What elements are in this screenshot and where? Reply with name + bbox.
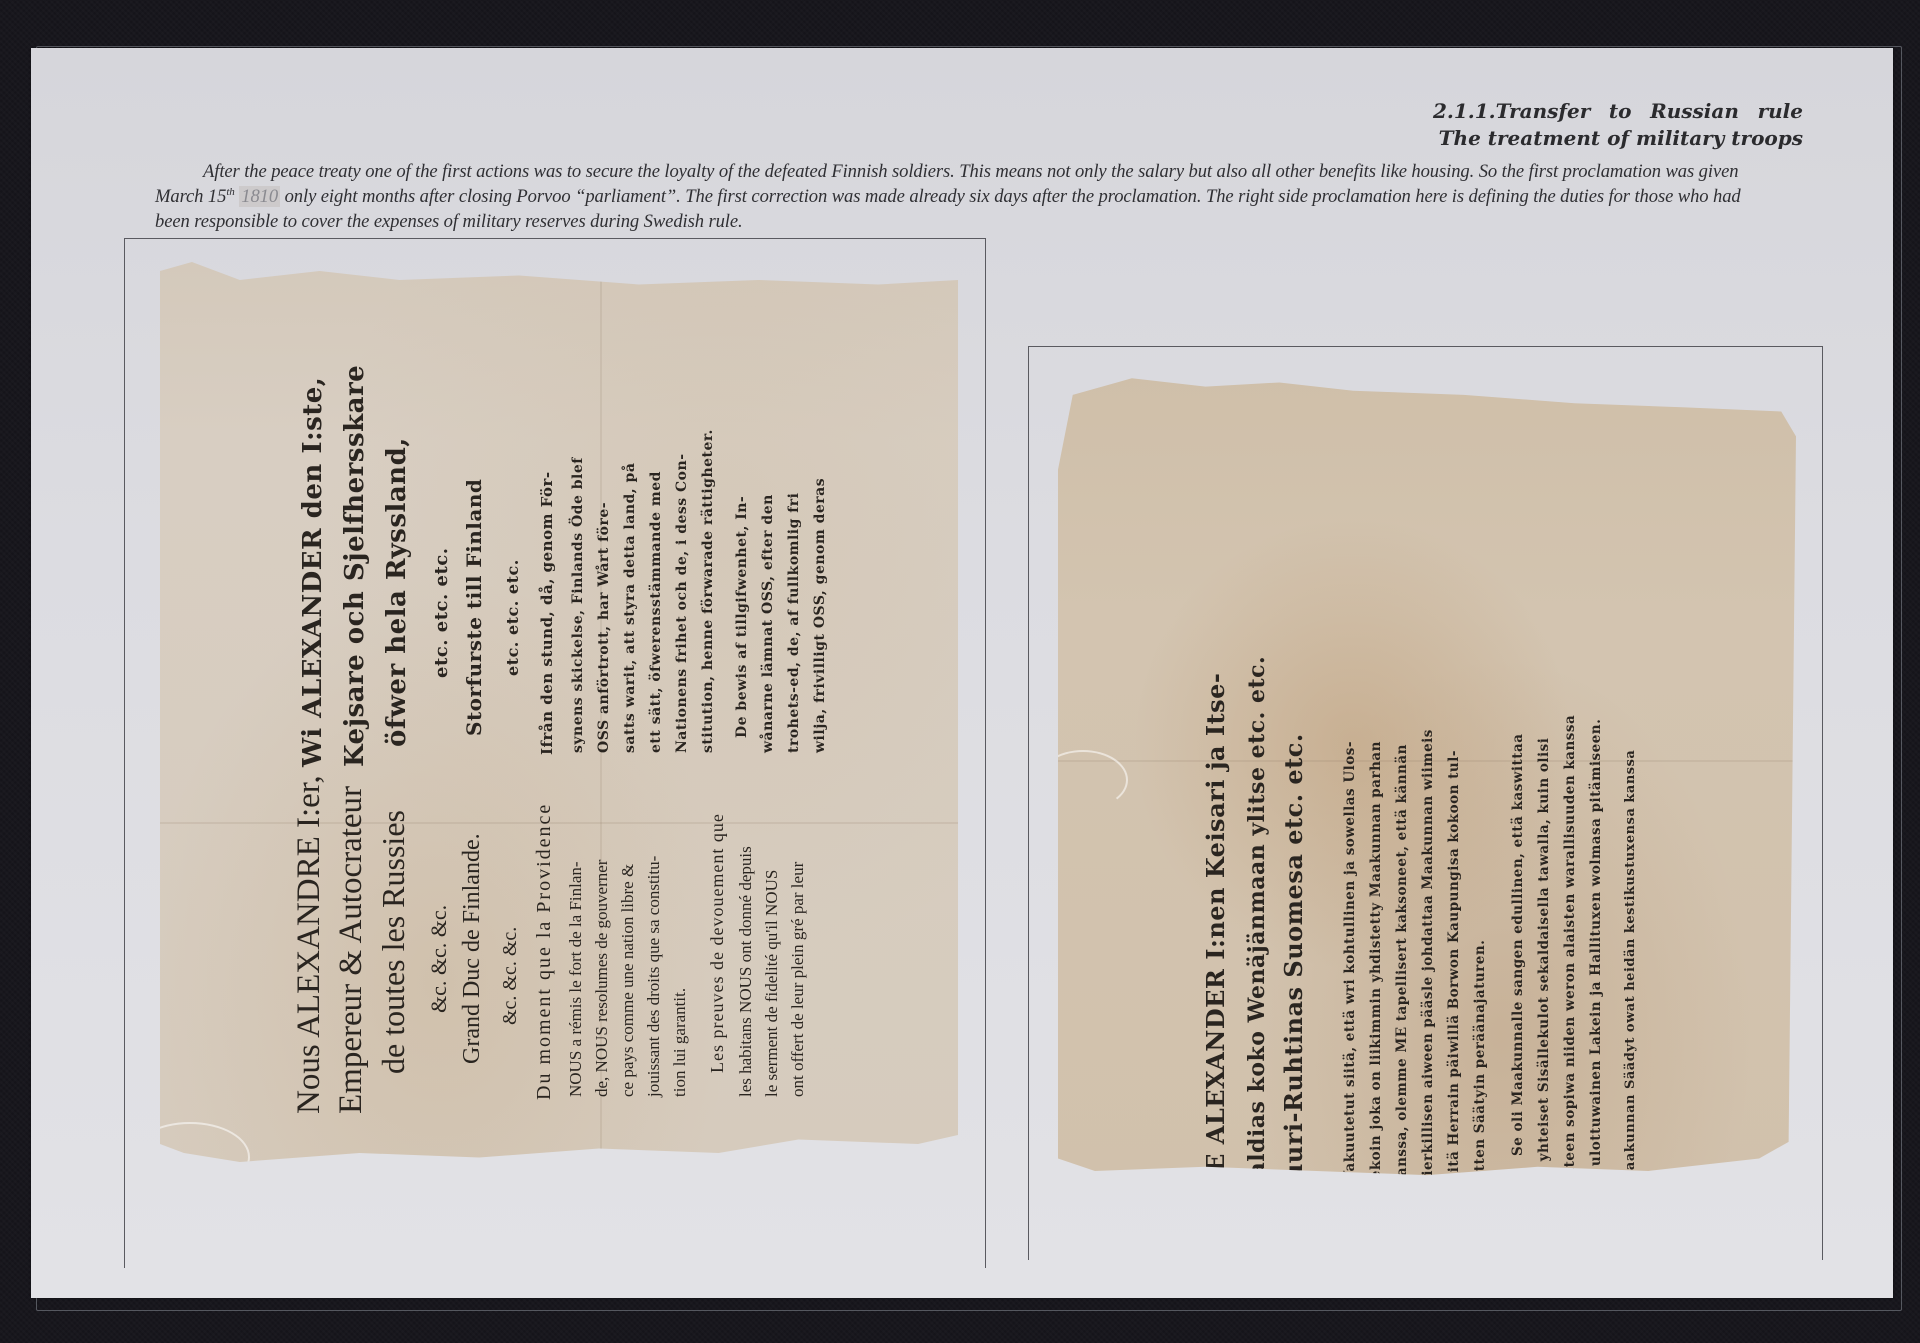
section-title-word-2: to [1609,98,1632,125]
finnish-line: nierkillisen aiween pääsle johdattaa Maa… [1420,729,1436,1186]
section-title-word-4: rule [1758,98,1803,125]
finnish-line: yhteen sopiwa niiden weron alaisten wara… [1562,715,1578,1186]
french-line: de, NOUS resolumes de gouverner [592,860,612,1097]
french-line: le serment de fidelité qu'il NOUS [762,870,782,1097]
swedish-line: Ifrån den stund, då, genom För- [538,471,556,755]
page-heading: 2.1.1.Transfer to Russian rule The treat… [1433,98,1803,152]
french-line: ont offert de leur plein gré par leur [788,862,808,1097]
swedish-line: stitution, henne förwarade rättigheter. [700,429,716,753]
swedish-line: trohets-ed, de, af fullkomlig fri [786,493,802,754]
section-title-word-1: 2.1.1.Transfer [1433,98,1590,125]
french-line: Grand Duc de Finlande. [459,833,486,1064]
finnish-line: ja ulottuwainen Lakein ja Hallituxen wol… [1588,719,1604,1186]
finnish-line: waldias koko Wenäjänmaan ylitse etc. etc… [1244,656,1270,1196]
swedish-line: öfwer hela Ryssland, [382,437,412,747]
finnish-line: ME ALEXANDER I:nen Keisari ja Itse- [1201,673,1230,1199]
french-line: les habitans NOUS ont donné depuis [736,846,756,1097]
swedish-line: etc. etc. etc. [503,559,522,676]
swedish-line: Wi ALEXANDER den I:ste, [298,377,328,767]
french-line: Nous ALEXANDRE I:er, [291,775,328,1114]
sleeve-glare [1058,750,1128,810]
french-line: NOUS a rémis le fort de la Finlan- [566,861,586,1097]
intro-year: 1810 [239,186,280,207]
french-line: jouissant des droits que sa constitu- [644,856,664,1097]
swedish-line: De bewis af tillgifwenhet, In- [734,496,750,738]
intro-line-2b: only eight months after closing Porvoo “… [285,186,1308,207]
intro-line-1: After the peace treaty one of the first … [203,161,1524,182]
right-proclamation-document: ME ALEXANDER I:nen Keisari ja Itse- wald… [1058,370,1796,1200]
swedish-line: wilja, frivilligt OSS, genom deras [812,478,828,753]
swedish-line: satts warit, att styra detta land, på [622,463,638,753]
finnish-line: tekoin joka on liikimmin yhdistetty Maak… [1368,741,1384,1186]
finnish-line: kanssa, olemme ME tapellisert kaksoneet,… [1394,744,1410,1186]
fold-line [160,822,958,824]
swedish-line: OSS anförtrott, har Wårt före- [596,502,612,753]
french-line: &c. &c. &c. [499,927,522,1025]
french-line: Du moment que la Providence [533,803,556,1100]
french-line: de toutes les Russies [375,810,412,1074]
left-proclamation-document: Nous ALEXANDRE I:er, Empereur & Autocrat… [160,262,958,1162]
intro-paragraph: After the peace treaty one of the first … [155,159,1775,234]
french-line: &c. &c. &c. [426,905,452,1013]
finnish-line: Se oli Maakunnalle sangen edullinen, ett… [1510,733,1526,1156]
finnish-line: Maakunnan Säädyt owat heidän kestikustux… [1623,750,1638,1185]
section-subtitle: The treatment of military troops [1433,125,1803,152]
swedish-line: ett sätt, öfwerensstämmande med [648,471,664,753]
swedish-line: wånarne lämnat OSS, efter den [760,494,776,753]
section-title: 2.1.1.Transfer to Russian rule [1433,98,1803,125]
french-line: ce pays comme une nation libre & [618,864,638,1097]
swedish-line: Storfurste till Finland [462,479,486,736]
swedish-line: Kejsare och Sjelfhersskare [340,365,370,767]
swedish-line: Nationens frihet och de, i dess Con- [674,453,690,753]
finnish-line: Suuri-Ruhtinas Suomesa etc. etc. [1279,733,1308,1199]
swedish-line: synens skickelse, Finlands Öde blef [570,457,586,753]
section-title-word-3: Russian [1650,98,1739,125]
swedish-line: etc. etc. etc. [431,547,452,678]
french-line: Empereur & Autocrateur [333,786,370,1114]
french-line: tion lui garantit. [670,988,690,1097]
finnish-line: siitä Herrain päiwillä Borwon Kaupungisa… [1446,750,1462,1186]
finnish-line: Wakuutetut siitä, että wri kohtullinen j… [1342,741,1358,1186]
finnish-line: ne yhteiset Sisällekulot sekaldaisella t… [1536,738,1552,1186]
french-line: Les preuves de devouement que [707,813,728,1073]
finnish-line: letten Säätyin peräänajaturen. [1472,940,1488,1186]
intro-ordinal: th [226,186,234,198]
